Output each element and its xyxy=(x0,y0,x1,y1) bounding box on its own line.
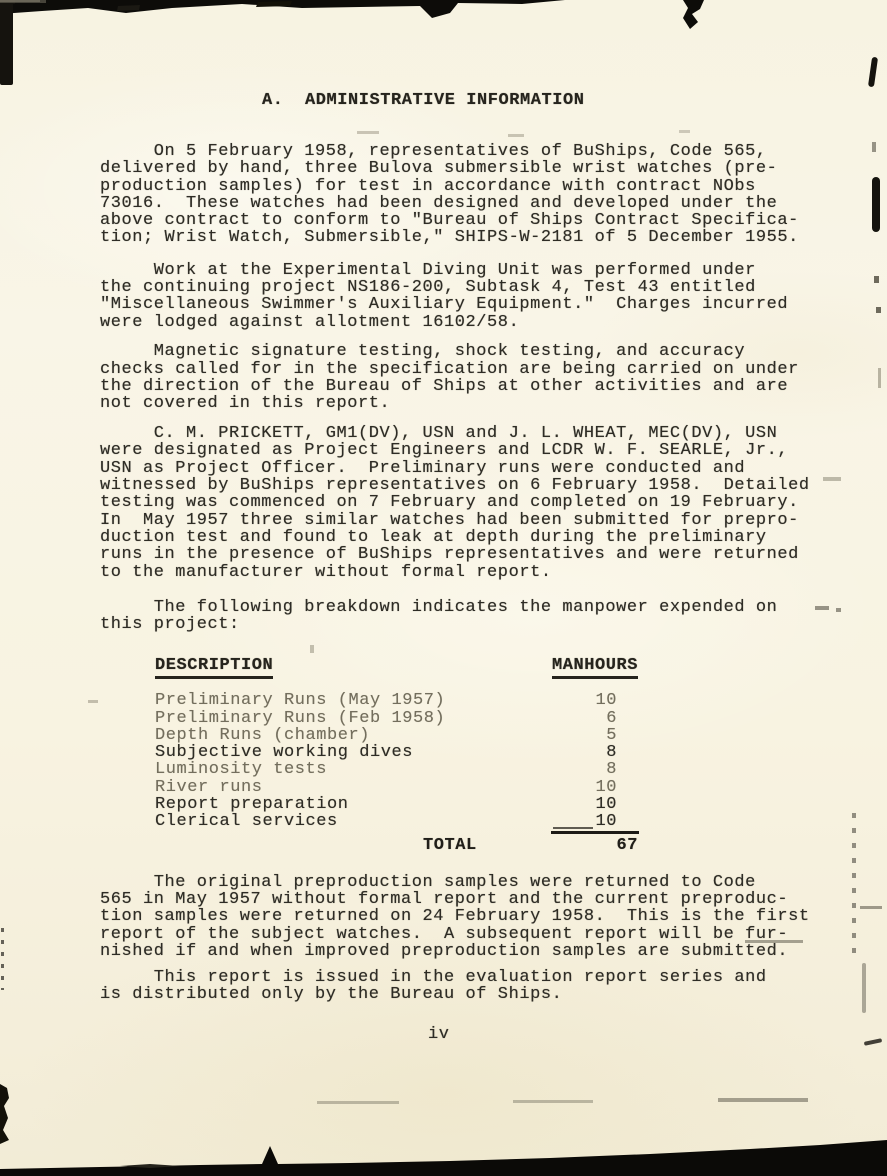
scan-mark xyxy=(862,963,866,1013)
paragraph-report-series: This report is issued in the evaluation … xyxy=(100,969,850,1004)
scan-mark xyxy=(0,0,8,24)
scanned-report-page: A. ADMINISTRATIVE INFORMATION On 5 Febru… xyxy=(0,0,887,1176)
scan-mark xyxy=(876,307,881,313)
table-header-description: DESCRIPTION xyxy=(155,657,273,678)
bottom-left-scan-blob xyxy=(0,1084,20,1144)
scan-mark xyxy=(0,0,13,85)
paragraph-work-project: Work at the Experimental Diving Unit was… xyxy=(100,262,850,331)
manhours-table: DESCRIPTION MANHOURS Preliminary Runs (M… xyxy=(155,657,638,853)
scan-speck xyxy=(508,134,524,137)
table-row: Subjective working dives8 xyxy=(155,744,638,761)
scan-mark xyxy=(0,0,10,19)
paragraph-breakdown-intro: The following breakdown indicates the ma… xyxy=(100,599,850,634)
paragraph-administrative-intro: On 5 February 1958, representatives of B… xyxy=(100,143,850,247)
left-edge-tick-marks xyxy=(1,928,4,990)
scan-mark xyxy=(878,368,881,388)
bottom-edge-scan-band xyxy=(0,1136,887,1176)
paragraph-samples-returned: The original preproduction samples were … xyxy=(100,874,850,960)
scan-mark xyxy=(0,0,5,14)
scan-mark xyxy=(0,0,6,10)
page-number: iv xyxy=(428,1025,850,1044)
total-rule-smudge xyxy=(553,827,593,829)
scan-speck xyxy=(679,130,690,133)
table-row: Depth Runs (chamber)5 xyxy=(155,727,638,744)
table-row: Preliminary Runs (Feb 1958)6 xyxy=(155,710,638,727)
scan-mark xyxy=(0,0,15,4)
right-edge-dash-marks xyxy=(852,813,856,953)
table-header-row: DESCRIPTION MANHOURS xyxy=(155,657,638,678)
scan-mark xyxy=(860,906,882,909)
total-label: TOTAL xyxy=(423,837,477,854)
document-body: On 5 February 1958, representatives of B… xyxy=(100,143,850,1044)
scan-mark xyxy=(868,57,878,88)
scan-mark xyxy=(0,0,6,11)
table-total-row: TOTAL 67 xyxy=(155,837,638,854)
scan-mark xyxy=(874,276,879,283)
scan-speck xyxy=(718,1098,808,1102)
top-edge-scan-streak xyxy=(0,0,887,34)
scan-speck xyxy=(357,131,379,134)
table-row: Report preparation10 xyxy=(155,796,638,813)
paragraph-project-personnel: C. M. PRICKETT, GM1(DV), USN and J. L. W… xyxy=(100,425,850,581)
table-header-manhours: MANHOURS xyxy=(552,657,638,678)
scan-mark xyxy=(864,1038,882,1046)
scan-mark xyxy=(872,142,876,152)
paragraph-magnetic-testing: Magnetic signature testing, shock testin… xyxy=(100,343,850,412)
scan-mark xyxy=(0,0,11,20)
scan-speck xyxy=(88,700,98,703)
scan-mark xyxy=(0,0,46,3)
scan-speck xyxy=(513,1100,593,1103)
table-row: Luminosity tests8 xyxy=(155,761,638,778)
table-row: River runs10 xyxy=(155,779,638,796)
total-rule xyxy=(551,831,639,834)
table-row: Preliminary Runs (May 1957)10 xyxy=(155,692,638,709)
section-heading: A. ADMINISTRATIVE INFORMATION xyxy=(262,91,585,110)
scan-mark xyxy=(872,177,880,232)
scan-mark xyxy=(0,0,40,2)
scan-speck xyxy=(317,1101,399,1104)
total-value: 67 xyxy=(556,837,638,854)
